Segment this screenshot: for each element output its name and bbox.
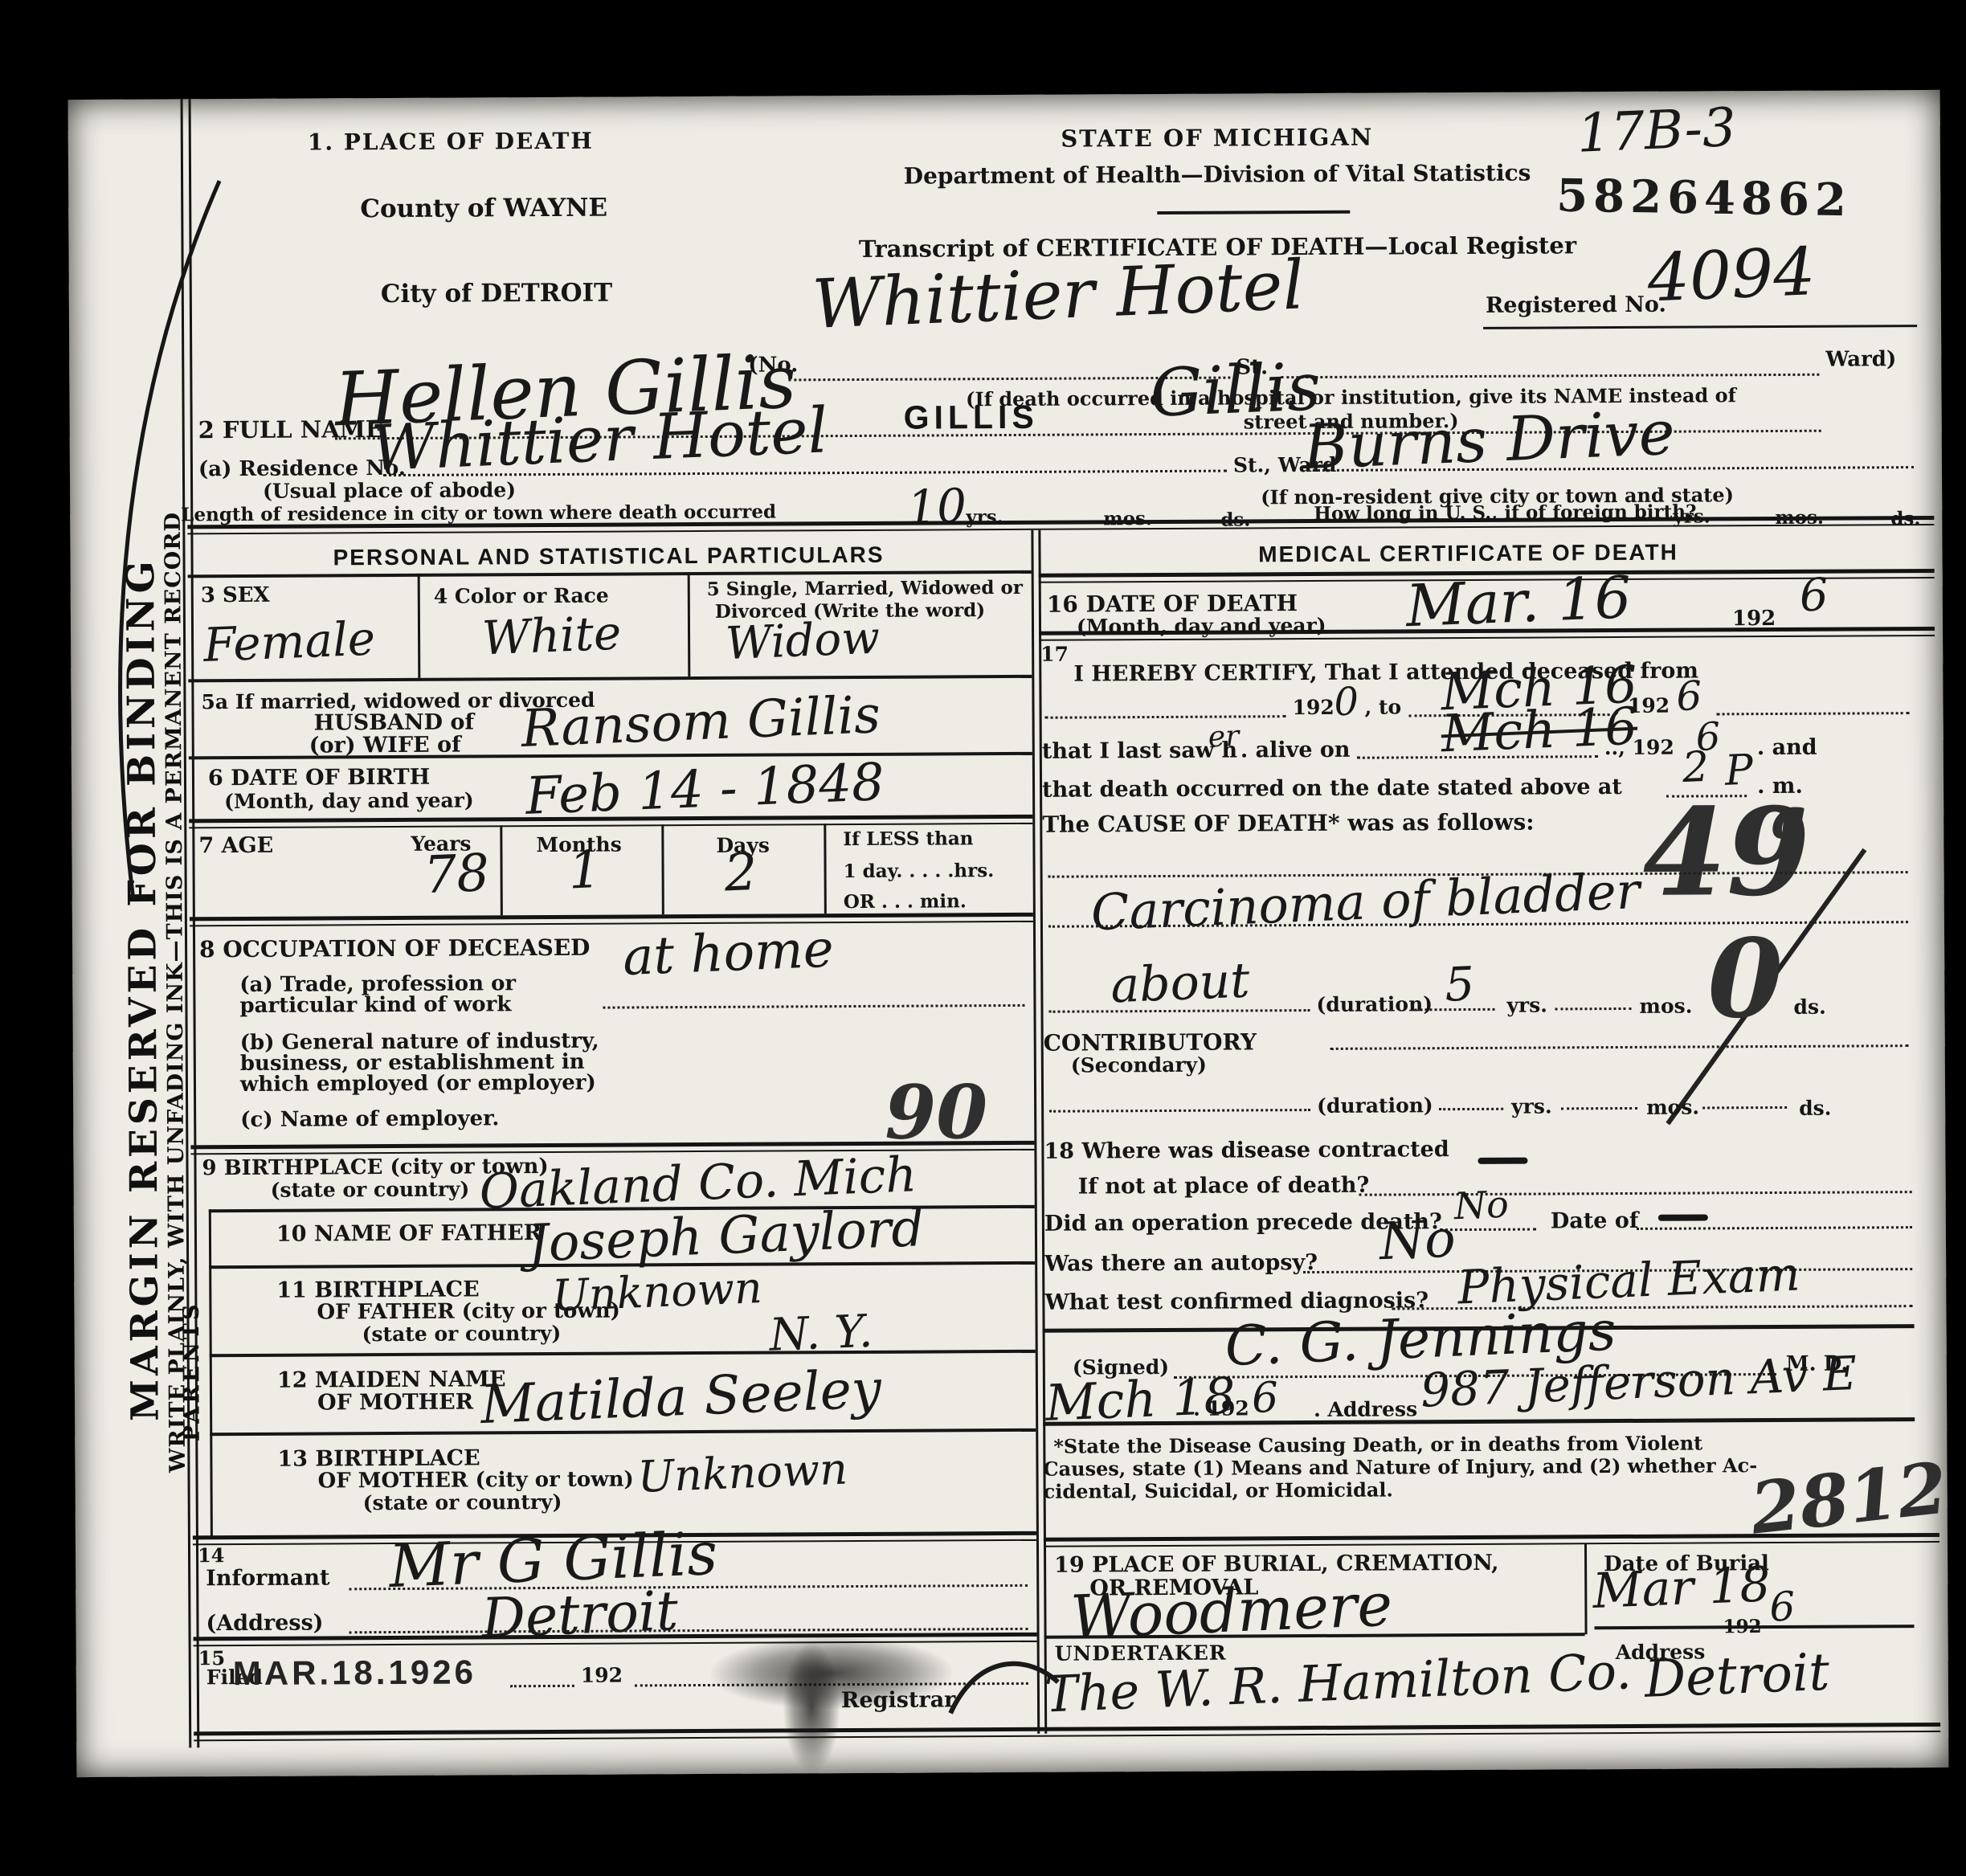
registered-no-underline [1483,325,1917,329]
place-of-death-label: 1. PLACE OF DEATH [308,128,594,156]
full-name-extra: Gillis [1149,349,1322,431]
if-less-min-label: OR . . . min. [844,890,967,913]
cell-divider [824,824,827,913]
dotted-line [1045,715,1286,719]
dotted-line [1049,1009,1310,1013]
row-rule-thick [1044,1533,1939,1547]
filed-date-stamp: MAR.18.1926 [233,1653,476,1693]
dotted-line [510,1685,574,1687]
dob-sub-label: (Month, day and year) [224,788,474,813]
dotted-line [603,1004,1024,1009]
attended-to-year-value: 6 [1675,672,1702,720]
burial-label-line1: 19 PLACE OF BURIAL, CREMATION, [1054,1551,1499,1578]
dotted-line [1439,1108,1503,1110]
footnote-line2: Causes, state (1) Means and Nature of In… [1043,1453,1757,1481]
row-rule [210,1350,1036,1357]
secondary-label: (Secondary) [1071,1053,1207,1077]
age-label: 7 AGE [198,833,273,858]
signature-year-value: 6 [1251,1374,1279,1423]
medical-section-title: MEDICAL CERTIFICATE OF DEATH [1042,538,1894,569]
age-days-value: 2 [723,843,758,904]
handwritten-dash [1478,1158,1527,1164]
father-birthplace-sub: (state or country) [362,1322,562,1346]
father-birthplace-value1: Unknown [551,1262,763,1321]
state-heading: STATE OF MICHIGAN [872,122,1563,153]
last-saw-and: . and [1757,735,1817,760]
pencil-duration-days: 0 [1707,914,1784,1042]
duration-ds-label-2: ds. [1799,1097,1831,1120]
form-bottom-border [194,1723,1940,1741]
dotted-line [1555,1007,1631,1010]
row-rule-thick [189,815,1032,828]
last-saw-her: er [1208,720,1240,754]
burial-cell-divider [1584,1543,1588,1634]
dotted-line [1281,374,1819,379]
mother-maiden-label2: OF MOTHER [317,1389,473,1415]
autopsy-question: Was there an autopsy? [1044,1250,1318,1277]
registered-no-value: 4094 [1646,234,1817,317]
race-value: White [481,606,623,666]
county-label: County of WAYNE [360,194,607,224]
file-code-handwritten: 17B-3 [1576,96,1737,165]
pencil-code-49a: a [1771,783,1809,852]
dob-label: 6 DATE OF BIRTH [208,765,430,791]
attended-from-year-value: 0 [1333,679,1359,725]
burial-date-value: Mar 18 [1592,1556,1772,1620]
if-less-hrs-label: 1 day. . . . .hrs. [844,860,995,882]
operation-answer: No [1453,1183,1510,1228]
mother-birthplace-value: Unknown [636,1444,848,1502]
duration-mos-label-2: mos. [1646,1096,1699,1119]
cell-divider [418,574,421,678]
signature-address-label: . Address [1314,1397,1417,1421]
if-less-label: If LESS than [843,828,973,850]
certificate-paper: MARGIN RESERVED FOR BINDING WRITE PLAINL… [68,90,1949,1777]
burial-year-value: 6 [1768,1583,1796,1630]
cause-of-death-label: The CAUSE OF DEATH* was as follows: [1042,809,1534,838]
signature-192-label: . 192 [1193,1396,1249,1420]
department-heading: Department of Health—Division of Vital S… [824,159,1611,190]
marital-label-line1: 5 Single, Married, Widowed or [707,577,1023,600]
informant-label: Informant [206,1565,329,1591]
date-of-death-year: 6 [1799,569,1829,622]
sex-value: Female [202,611,376,672]
operation-date-label: Date of [1551,1208,1639,1234]
last-saw-label2: . alive on [1241,738,1351,763]
filed-year-label: 192 [581,1664,623,1687]
dotted-line [1637,1226,1912,1230]
occupation-b-label3: which employed (or employer) [240,1071,596,1097]
header-divider [1157,210,1350,215]
duration-years-value: 5 [1444,956,1476,1012]
duration-yrs-label-2: yrs. [1511,1094,1552,1118]
dotted-line [1049,1109,1310,1113]
column-divider-inner [1038,530,1047,1734]
handwritten-dash [1658,1214,1708,1220]
duration-label: (duration) [1316,992,1433,1016]
death-occurred-label: that death occurred on the date stated a… [1042,775,1622,803]
abode-note: (Usual place of abode) [263,478,516,503]
duration-about: about [1110,952,1251,1014]
duration-yrs-label: yrs. [1506,993,1547,1016]
dotted-line [1359,1191,1912,1196]
informant-address-label: (Address) [206,1610,323,1636]
father-name-label: 10 NAME OF FATHER [276,1220,542,1247]
occupation-value: at home [622,920,835,987]
serial-number-stamp: 58264862 [1556,170,1853,227]
ink-smudge [783,1643,840,1772]
dotted-line [1702,1106,1787,1110]
duration-ds-label: ds. [1793,995,1825,1019]
sex-label: 3 SEX [201,583,270,607]
contributory-label: CONTRIBUTORY [1044,1028,1257,1056]
attended-from-year-label: 192 [1292,696,1334,719]
undertaker-address-value: Detroit [1643,1643,1830,1710]
cell-divider [688,572,691,676]
mother-maiden-value: Matilda Seeley [480,1358,883,1436]
item-17-number: 17 [1040,643,1069,666]
occupation-label: 8 OCCUPATION OF DECEASED [199,934,590,963]
cause-of-death-value: Carcinoma of bladder [1090,861,1641,942]
duration-mos-label: mos. [1639,995,1692,1018]
age-months-value: 1 [567,840,603,901]
parents-box-left-rule [209,1209,213,1537]
row-rule-thick [190,913,1033,926]
dotted-line [1717,712,1910,715]
cell-divider [661,824,664,914]
occupation-c-label: (c) Name of employer. [240,1106,499,1132]
if-not-at-place-label: If not at place of death? [1078,1173,1370,1200]
to-label: , to [1364,695,1401,718]
row-rule [188,675,1032,682]
autopsy-answer: No [1379,1209,1457,1272]
dotted-line [1561,1107,1637,1110]
duration-label-2: (duration) [1317,1093,1433,1118]
registered-no-label: Registered No. [1486,292,1666,318]
informant-number: 14 [198,1543,225,1567]
burial-place-value: Woodmere [1069,1571,1394,1653]
race-label: 4 Color or Race [434,584,609,608]
footnote-line3: cidental, Suicidal, or Homicidal. [1044,1478,1393,1503]
mother-birthplace-sub: (state or country) [363,1490,562,1514]
marital-value: Widow [725,612,881,671]
dotted-line [1330,1044,1909,1050]
ward-label: Ward) [1825,347,1896,371]
personal-section-title: PERSONAL AND STATISTICAL PARTICULARS [190,542,1026,571]
dotted-line [1414,1008,1494,1012]
city-label: City of DETROIT [381,279,612,309]
mother-birthplace-label2: OF MOTHER (city or town) [317,1467,633,1493]
disease-contracted-label: 18 Where was disease contracted [1044,1137,1449,1164]
occupation-a-label2: particular kind of work [239,992,511,1018]
scanned-death-certificate: { "margin": { "line1": "MARGIN RESERVED … [0,0,1966,1876]
birthplace-sub-label: (state or country) [271,1178,470,1202]
parents-vertical-label: PARENTS [179,1251,206,1492]
last-saw-year-label: .., 192 [1604,736,1674,759]
cell-divider [500,825,503,915]
age-years-value: 78 [423,844,490,905]
full-name-typed-overlay: GILLIS [904,398,1039,437]
